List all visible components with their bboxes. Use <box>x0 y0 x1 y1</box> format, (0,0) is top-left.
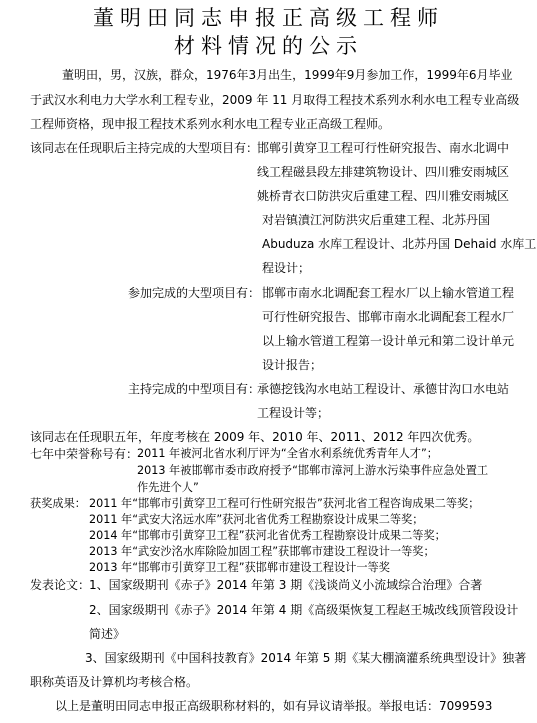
paper-line: 简述》 <box>89 627 125 641</box>
award-line: 2014 年“邯郸市引黄穿卫工程”获河北省优秀工程勘察设计成果二等奖； <box>89 529 446 543</box>
participated-project-line: 可行性研究报告、邯郸市南水北调配套工程水厂 <box>262 310 514 324</box>
major-projects-label: 该同志在任现职后主持完成的大型项目有： <box>30 141 258 155</box>
honor-line: 2013 年被邯郸市委市政府授予“邯郸市漳河上游水污染事件应急处置工 <box>137 464 488 478</box>
paper-line: 2、国家级期刊《赤子》2014 年第 4 期《高级渠恢复工程赵王城改线顶管段设计 <box>89 603 518 617</box>
intro-line-1: 董明田，男，汉族，群众，1976年3月出生，1999年9月参加工作，1999年6… <box>62 68 513 82</box>
participated-project-line: 设计报告； <box>262 358 322 372</box>
participated-project-line: 以上输水管道工程第一设计单元和第二设计单元 <box>262 334 514 348</box>
award-line: 2011 年“武安大洺远水库”获河北省优秀工程勘察设计成果二等奖； <box>89 513 424 527</box>
participated-project-line: 邯郸市南水北调配套工程水厂以上输水管道工程 <box>262 286 514 300</box>
major-project-line: 邯郸引黄穿卫工程可行性研究报告、南水北调中 <box>257 141 509 155</box>
qualification-note: 职称英语及计算机均考核合格。 <box>30 675 198 689</box>
honor-line: 2011 年被河北省水利厅评为“全省水利系统优秀青年人才”； <box>137 447 438 461</box>
participated-projects-label: 参加完成的大型项目有： <box>128 286 260 300</box>
paper-line: 3、国家级期刊《中国科技教育》2014 年第 5 期《某大棚滴灌系统典型设计》独… <box>85 651 526 665</box>
award-line: 2013 年“武安沙洺水库除险加固工程”获邯郸市建设工程设计一等奖； <box>89 545 435 559</box>
medium-projects-label: 主持完成的中型项目有： <box>128 382 260 396</box>
paper-line: 1、国家级期刊《赤子》2014 年第 3 期《浅谈尚义小流域综合治理》合著 <box>89 578 482 592</box>
awards-label: 获奖成果： <box>30 497 86 511</box>
major-project-line: 程设计； <box>262 261 310 275</box>
major-project-line: 姚桥青衣口防洪灾后重建工程、四川雅安雨城区 <box>257 189 509 203</box>
annual-assessment: 该同志在任现职五年，年度考核在 2009 年、2010 年、2011、2012 … <box>30 430 479 444</box>
award-line: 2013 年“邯郸市引黄穿卫工程”获邯郸市建设工程设计一等奖 <box>89 561 390 575</box>
document-title-line-2: 材料情况的公示 <box>0 34 537 58</box>
award-line: 2011 年“邯郸市引黄穿卫工程可行性研究报告”获河北省工程咨询成果二等奖； <box>89 497 479 511</box>
document-title-line-1: 董明田同志申报正高级工程师 <box>0 6 537 30</box>
papers-label: 发表论文： <box>30 578 90 592</box>
closing-statement: 以上是董明田同志申报正高级职称材料的，如有异议请举报。举报电话：7099593 <box>55 699 492 713</box>
major-project-line: 线工程磁县段左排建筑物设计、四川雅安雨城区 <box>257 165 509 179</box>
intro-line-2: 于武汉水利电力大学水利工程专业，2009 年 11 月取得工程技术系列水利水电工… <box>30 93 519 107</box>
honor-line: 作先进个人” <box>137 481 199 495</box>
major-project-line: Abuduza 水库工程设计、北苏丹国 Dehaid 水库工 <box>262 237 536 251</box>
intro-line-3: 工程师资格，现申报工程技术系列水利水电工程专业正高级工程师。 <box>30 117 390 131</box>
major-project-line: 对岩镇濆江河防洪灾后重建工程、北苏丹国 <box>262 213 490 227</box>
honors-label: 七年中荣誉称号有： <box>30 447 138 461</box>
medium-project-line: 承德挖钱沟水电站工程设计、承德甘沟口水电站 <box>257 382 509 396</box>
medium-project-line: 工程设计等； <box>257 406 329 420</box>
